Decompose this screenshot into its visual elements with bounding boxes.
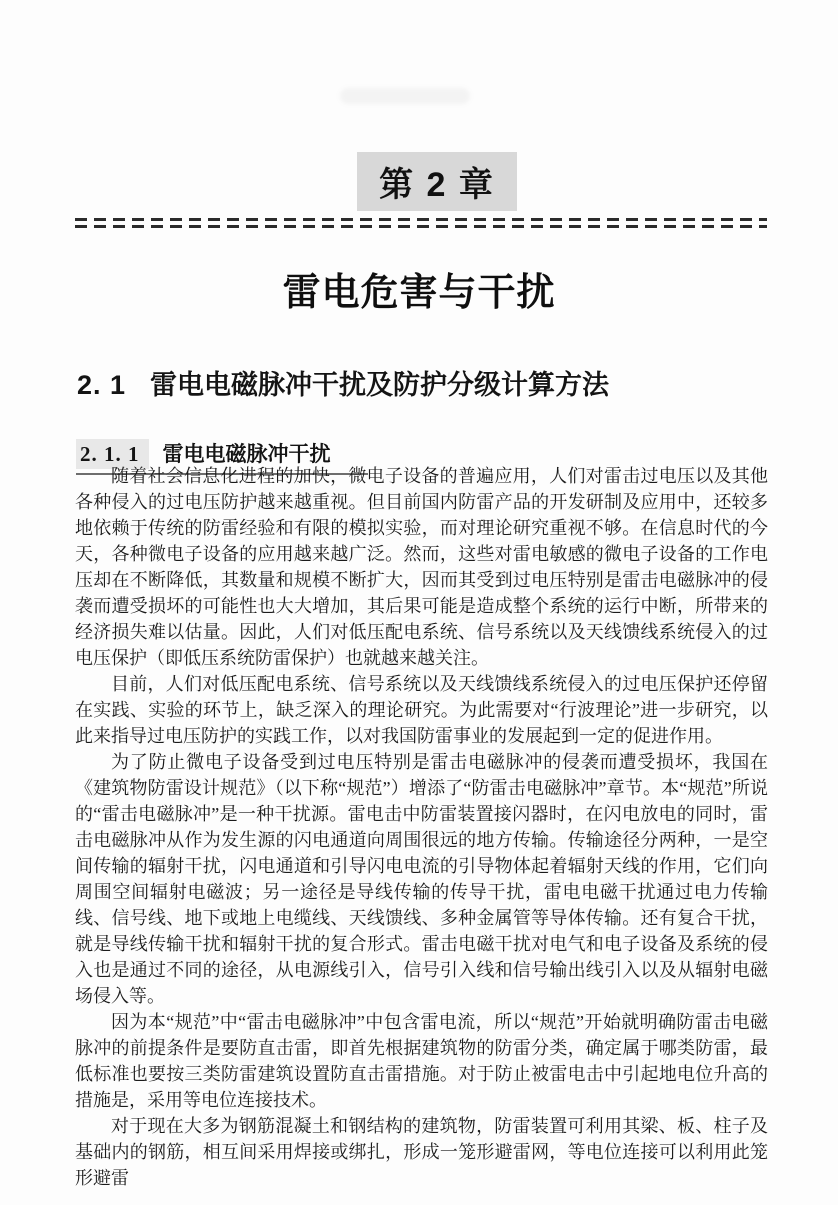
- body-paragraph: 对于现在大多为钢筋混凝土和钢结构的建筑物，防雷装置可利用其梁、板、柱子及基础内的…: [75, 1113, 768, 1191]
- chapter-badge: 第 2 章: [357, 152, 517, 211]
- chapter-title: 雷电危害与干扰: [0, 261, 838, 316]
- section-number: 2. 1: [77, 370, 126, 400]
- body-paragraph: 目前，人们对低压配电系统、信号系统以及天线馈线系统侵入的过电压保护还停留在实践、…: [75, 671, 768, 749]
- section-heading: 2. 1雷电电磁脉冲干扰及防护分级计算方法: [77, 363, 609, 402]
- body-paragraph: 随着社会信息化进程的加快，微电子设备的普遍应用，人们对雷击过电压以及其他各种侵入…: [75, 463, 768, 671]
- body-text: 随着社会信息化进程的加快，微电子设备的普遍应用，人们对雷击过电压以及其他各种侵入…: [75, 463, 768, 1191]
- section-title: 雷电电磁脉冲干扰及防护分级计算方法: [150, 370, 609, 400]
- body-paragraph: 因为本“规范”中“雷击电磁脉冲”中包含雷电流，所以“规范”开始就明确防雷击电磁脉…: [75, 1009, 768, 1113]
- document-page: 第 2 章 雷电危害与干扰 2. 1雷电电磁脉冲干扰及防护分级计算方法 2. 1…: [0, 0, 838, 1205]
- body-paragraph: 为了防止微电子设备受到过电压特别是雷击电磁脉冲的侵袭而遭受损坏，我国在《建筑物防…: [75, 749, 768, 1009]
- scan-artifact: [340, 88, 470, 104]
- chapter-divider-dashed-line: [75, 218, 767, 228]
